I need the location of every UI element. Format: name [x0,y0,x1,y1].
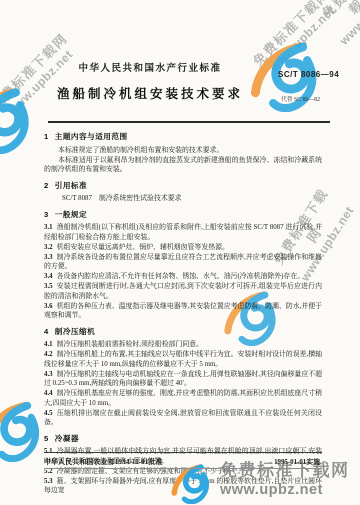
section-number: 5 [44,434,49,443]
approval-note: 中华人民共和国农业部1994-11-01批准 [44,456,163,466]
clause-4-4: 4.4制冷压缩机基座应有足够的强度、刚度,并应考虑整机的防震,其面积应比机组底座… [44,389,322,408]
paragraph-text: 本标准规定了渔船的制冷机组布置和安装的技术要求。 [58,147,223,154]
watermark-site-url: www.upbz.net [0,42,81,124]
section-number: 4 [44,327,49,336]
clause-4-1: 4.1制冷压缩机装船前需拆检时,须经船检部门同意。 [44,340,322,350]
section-heading-4: 4制冷压缩机 [44,326,322,337]
clause-number: 3.1 [44,224,53,231]
footer-rule-bottom [44,468,322,469]
section-title: 冷凝器 [55,434,79,443]
section-heading-5: 5冷凝器 [44,433,322,444]
clause-number: 3.3 [44,254,53,261]
section-heading-1: 1主题内容与适用范围 [44,131,322,142]
referenced-standard: SC/T 8087 制冷系统密性试验技术要求 [44,194,322,204]
watermark-site-name: 免费标准下载网 [314,0,360,38]
clause-text: 各设备内腔均应清洁,不允许有任何杂物、锈蚀、水气、油污(冷冻机油除外)存在。 [57,273,304,280]
page-title: 渔船制冷机组安装技术要求 [30,84,270,102]
watermark-top-right-corner: 免费标准下载网 www.upbz.net [314,0,360,48]
clause-number: 5.3 [44,478,53,485]
clause-text: 制冷压缩机船上的布置,其主轴线应以与船体中线平行为宜。安装时相对设计的误差,横轴… [44,351,322,368]
clause-3-5: 3.5安装过程需间断进行时,各通大气口应封闭,到下次安装时才可拆开,组装完毕后应… [44,282,322,301]
clause-number: 3.6 [44,303,53,310]
clause-3-3: 3.3制冷系统各设备的布置位置应尽量靠近且应符合工艺流程顺序,并应考虑安装操作和… [44,253,322,272]
footer-rule-top [44,452,322,453]
watermark-site-url: www.upbz.net [261,0,343,80]
paragraph-text: 本标准适用于以氟利昂为制冷剂的直接蒸发式的新建渔船的鱼货保冷、冻结和冷藏系统的制… [44,157,322,174]
section-title: 制冷压缩机 [55,327,95,336]
document-page: 免费标准下载网 www.upbz.net 免费标准下载网 www.upbz.ne… [0,0,360,505]
paragraph: 本标准规定了渔船的制冷机组布置和安装的技术要求。 [44,146,322,156]
watermark-site-name: 免费标准下载网 [250,0,333,70]
watermark-site-url: www.upbz.net [337,0,360,48]
paragraph: 本标准适用于以氟利昂为制冷剂的直接蒸发式的新建渔船的鱼货保冷、冻结和冷藏系统的制… [44,156,322,175]
watermark-site-url: www.upbz.net [220,482,323,498]
clause-number: 4.3 [44,371,53,378]
clause-number: 4.4 [44,390,53,397]
clause-number: 3.2 [44,244,53,251]
clause-text: 压缩机排出端应在截止阀前装设安全阀,泄放管应和回流管联通且不应装设任何关闭设备。 [44,410,322,427]
clause-3-1: 3.1渔船制冷机组(以下称机组)及相应的管系和附件,上船安装前应按 SC/T 8… [44,223,322,242]
section-number: 2 [44,181,49,190]
standard-number: SC/T 8086—94 [278,70,339,79]
clause-3-6: 3.6机组的各种压力表、温度指示器及继电器等,其安装位置应考虑防震、防潮、防水,… [44,302,322,321]
clause-text: 制冷压缩机装船前需拆检时,须经船检部门同意。 [57,341,203,348]
paragraph-text: SC/T 8087 制冷系统密性试验技术要求 [62,195,182,202]
section-heading-3: 3一般规定 [44,209,322,220]
clause-text: 制冷系统各设备的布置位置应尽量靠近且应符合工艺流程顺序,并应考虑安装操作和维修的… [44,254,322,271]
clause-4-5: 4.5压缩机排出端应在截止阀前装设安全阀,泄放管应和回流管联通且不应装设任何关闭… [44,409,322,428]
clause-number: 4.1 [44,341,53,348]
watermark-top-left: 免费标准下载网 www.upbz.net [0,31,81,124]
clause-text: 制冷压缩机的主轴线与电动机轴线应在一条直线上,用弹性联轴器时,其径向偏移量应不超… [44,371,322,388]
clause-number: 4.5 [44,410,53,417]
clause-3-4: 3.4各设备内腔均应清洁,不允许有任何杂物、锈蚀、水气、油污(冷冻机油除外)存在… [44,272,322,282]
document-body: 1主题内容与适用范围 本标准规定了渔船的制冷机组布置和安装的技术要求。 本标准适… [44,126,322,496]
clause-number: 3.4 [44,273,53,280]
watermark-top-right: 免费标准下载网 www.upbz.net [250,0,343,80]
section-number: 3 [44,210,49,219]
section-title: 引用标准 [55,181,87,190]
upbz-logo-icon [0,398,44,462]
standard-type-title: 中华人民共和国水产行业标准 [40,60,260,74]
replaces-note: 代替 SC 86—82 [281,94,320,103]
clause-text: 制冷压缩机基座应有足够的强度、刚度,并应考虑整机的防震,其面积应比机组底座尺寸稍… [44,390,322,407]
section-number: 1 [44,132,49,141]
clause-text: 机组的各种压力表、温度指示器及继电器等,其安装位置应考虑防震、防潮、防水,并便于… [44,303,322,320]
section-title: 一般规定 [55,210,87,219]
clause-text: 安装过程需间断进行时,各通大气口应封闭,到下次安装时才可拆开,组装完毕后应进行内… [44,283,322,300]
section-title: 主题内容与适用范围 [55,132,128,141]
upbz-logo-icon [0,84,34,154]
header-rule [48,121,330,123]
implementation-date: 1995-01-01实施 [274,456,320,466]
clause-4-2: 4.2制冷压缩机船上的布置,其主轴线应以与船体中线平行为宜。安装时相对设计的误差… [44,350,322,369]
clause-text: 渔船制冷机组(以下称机组)及相应的管系和附件,上船安装前应按 SC/T 8087… [44,224,322,241]
clause-number: 4.2 [44,351,53,358]
section-heading-2: 2引用标准 [44,180,322,191]
clause-text: 机组安装应尽量远离炉灶、锅炉、辅机烟囱管等发热源。 [57,244,229,251]
clause-number: 3.5 [44,283,53,290]
clause-4-3: 4.3制冷压缩机的主轴线与电动机轴线应在一条直线上,用弹性联轴器时,其径向偏移量… [44,370,322,389]
clause-3-2: 3.2机组安装应尽量远离炉灶、锅炉、辅机烟囱管等发热源。 [44,243,322,253]
